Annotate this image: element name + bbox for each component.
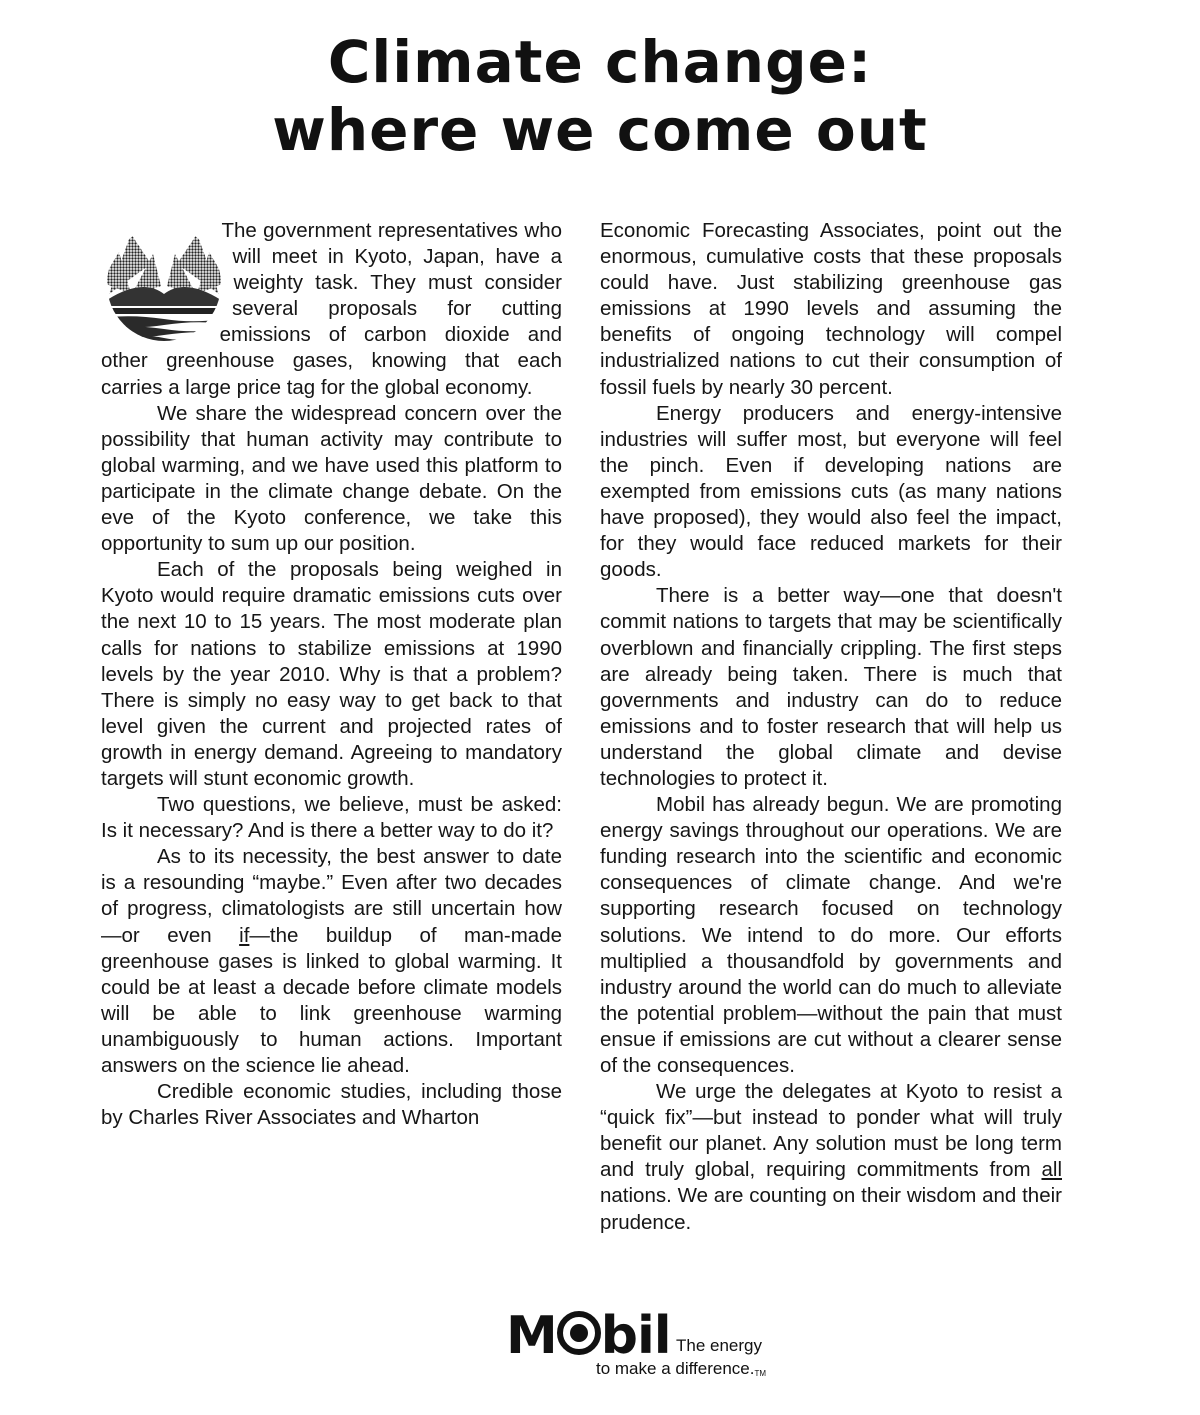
sun-over-water-emblem-icon [101, 224, 227, 344]
trademark-mark: TM [754, 1369, 766, 1378]
text-run: We urge the delegates at Kyoto to resist… [600, 1080, 1062, 1181]
paragraph: Energy producers and energy-intensive in… [600, 401, 1062, 584]
headline-line-1: Climate change: [0, 28, 1200, 96]
paragraph: Mobil has already begun. We are promotin… [600, 792, 1062, 1079]
mobil-signature: Mbil The energy to make a difference.TM [506, 1306, 826, 1396]
paragraph: Two questions, we believe, must be asked… [101, 792, 562, 844]
logo-letter: M [506, 1306, 557, 1366]
logo-letters: bil [601, 1306, 671, 1366]
headline-line-2: where we come out [0, 96, 1200, 164]
paragraph: We share the widespread concern over the… [101, 401, 562, 558]
tagline-line-2: to make a difference.TM [596, 1359, 766, 1379]
paragraph: Credible economic studies, including tho… [101, 1079, 562, 1131]
paragraph: Each of the proposals being weighed in K… [101, 557, 562, 792]
tagline-line-1: The energy [676, 1336, 762, 1356]
paragraph: There is a better way—one that doesn't c… [600, 583, 1062, 792]
paragraph: As to its necessity, the best answer to … [101, 844, 562, 1079]
left-column: The government representatives who will … [101, 218, 562, 1131]
paragraph: We urge the delegates at Kyoto to resist… [600, 1079, 1062, 1236]
tagline-text: to make a difference. [596, 1359, 754, 1378]
emphasis-underline: all [1041, 1158, 1062, 1181]
right-column: Economic Forecasting Associates, point o… [600, 218, 1062, 1236]
paragraph: Economic Forecasting Associates, point o… [600, 218, 1062, 401]
mobil-logo: Mbil [506, 1306, 671, 1366]
emphasis-underline: if [239, 924, 249, 947]
headline: Climate change: where we come out [0, 28, 1200, 164]
logo-o-ring-icon [557, 1311, 601, 1355]
text-run: nations. We are counting on their wisdom… [600, 1184, 1062, 1233]
